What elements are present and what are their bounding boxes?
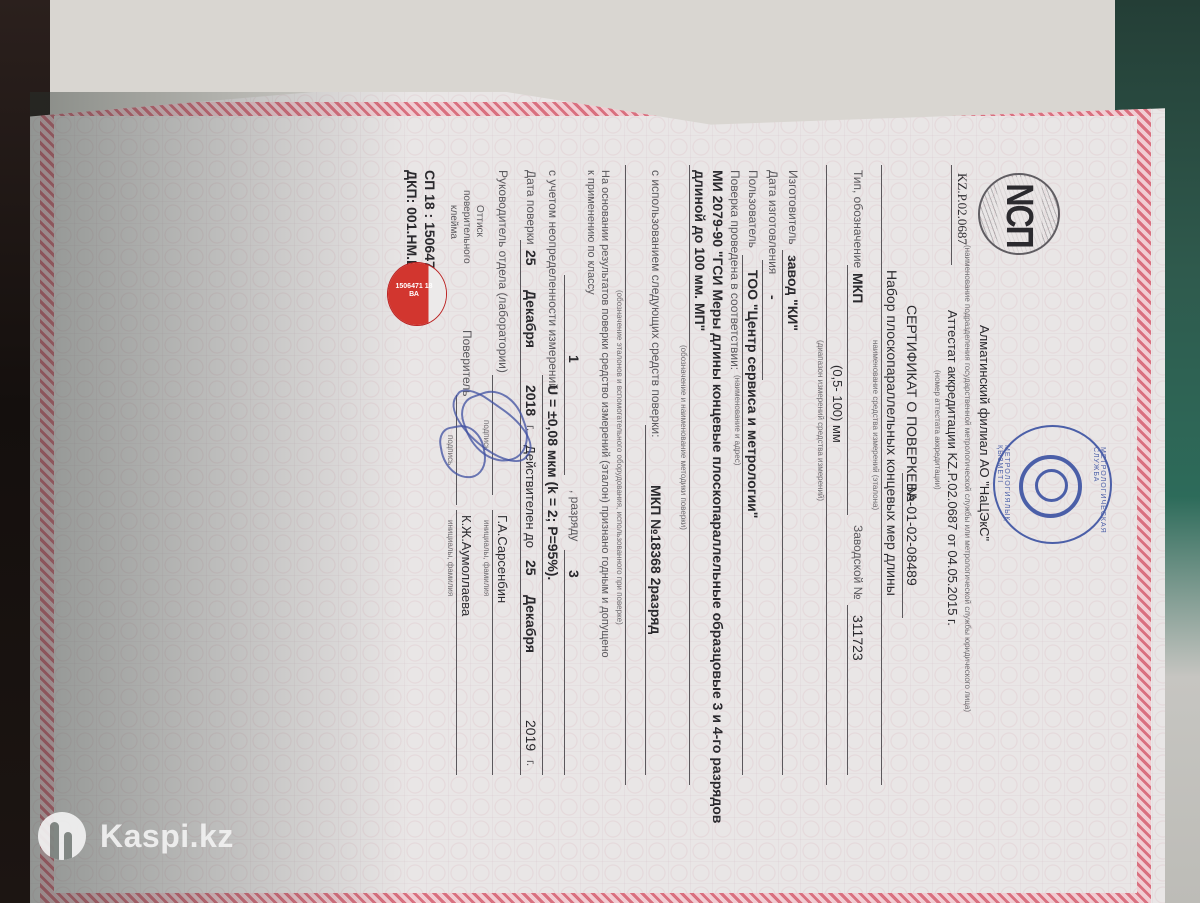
serial-value: 311723 [850,615,866,661]
accreditation-caption: (номер аттестата аккредитации) [933,370,942,490]
class-value: 1 [566,355,582,363]
grade-value: 3 [566,570,582,578]
verification-date-label: Дата поверки [524,170,538,245]
uncertainty-label: с учетом неопределенности измерений [546,170,560,390]
seal-text-top: МЕТРОЛОГИЧЕСКАЯ СЛУЖБА [1092,447,1106,542]
kaspi-logo-icon [38,812,86,860]
metrology-seal-icon: МЕТРОЛОГИЧЕСКАЯ СЛУЖБА МЕТРОЛОГИЯЛЫҚ ҚЫЗ… [993,425,1112,544]
standards-value: МКП №18368 2разряд [648,485,664,634]
manufacture-date-label: Дата изготовления [766,170,780,274]
method-value-line1: МИ 2079-90 "ГСИ Меры длины концевые плос… [710,170,726,823]
verifier-label: Поверитель [460,330,474,396]
sp-code: СП 18 : 1506471 [422,170,438,277]
ncp-globe-logo-icon: NCП [978,173,1060,255]
stamp-label-line3: клейма [448,205,459,239]
serial-label: Заводской № [851,525,865,600]
verification-year: 2018 [523,385,539,416]
seal-text-bottom: МЕТРОЛОГИЯЛЫҚ ҚЫЗМЕТІ [996,445,1010,542]
accreditation: Аттестат аккредитации KZ.P.02.0687 от 04… [945,310,960,626]
instrument-name: Набор плоскопараллельных концевых мер дл… [884,270,900,596]
manufacture-date-value: - [765,295,781,300]
kaspi-brand-text: Kaspi.kz [100,818,234,855]
sticker-text: 1506471 18 ВА [394,283,434,299]
measurement-range: (0,5- 100) мм [830,365,845,443]
valid-until-label: Действителен до [523,445,538,548]
valid-year: 2019 [523,720,539,751]
result-text-line2: к применению по классу [585,170,597,295]
manufacturer-label: Изготовитель [786,170,800,245]
range-caption: (диапазон измерений средства измерений) [816,340,825,501]
standards-caption: (обозначение эталонов и вспомогательного… [615,290,624,625]
stamp-label-line1: Оттиск [474,205,485,237]
result-text-line1: На основании результатов поверки средств… [599,170,611,658]
user-value: ТОО "Центр сервиса и метрологии" [745,270,761,518]
method-value-line2: длиной до 100 мм. МП" [692,170,708,331]
kaspi-watermark: Kaspi.kz [38,812,234,860]
grade-label: , разряду [568,490,582,541]
head-of-department-label: Руководитель отдела (лаборатории) [496,170,510,373]
head-name-caption: инициалы, фамилия [482,520,491,596]
user-caption: (наименование и адрес) [733,375,742,465]
instrument-caption: наименование средства измерений (эталона… [871,340,880,510]
type-label: Тип, обозначение [851,170,865,268]
verifier-name: К.Ж.Аумоллаева [459,515,474,616]
verifier-name-caption: инициалы, фамилия [446,520,455,596]
registration-code: KZ.P.02.0687 [954,173,970,245]
method-caption: (обозначение и наименование методики пов… [679,345,688,530]
org-name: Алматинский филиал АО "НаЦЭкС" [977,325,992,541]
valid-day: 25 [523,560,539,576]
head-name: Г.А.Сарсенбин [495,515,510,603]
org-caption: (наименование подразделения государствен… [963,245,972,712]
uncertainty-value: U = ±0,08 мкм (k = 2; P=95%). [545,385,561,580]
certificate-title: СЕРТИФИКАТ О ПОВЕРКЕ № [904,305,920,501]
certificate-document: МЕТРОЛОГИЧЕСКАЯ СЛУЖБА МЕТРОЛОГИЯЛЫҚ ҚЫЗ… [110,95,1110,815]
type-value: МКП [850,273,866,303]
verification-day: 25 [523,250,539,266]
stamp-label-line2: поверительного [461,190,472,264]
manufacturer-value: завод "КИ" [785,255,801,331]
valid-month: Декабря [523,595,539,653]
certificate-number: BA-01-02-08489 [904,483,920,586]
standards-label: с использованием следующих средств повер… [649,170,663,437]
logo-text: NCП [997,177,1041,253]
method-label: Поверка проведена в соответствии: [728,170,742,370]
valid-year-suffix: г. [524,760,538,766]
user-label: Пользователь [746,170,760,248]
verification-stamp-sticker-icon: 1506471 18 ВА [388,263,446,325]
verification-month: Декабря [523,290,539,348]
